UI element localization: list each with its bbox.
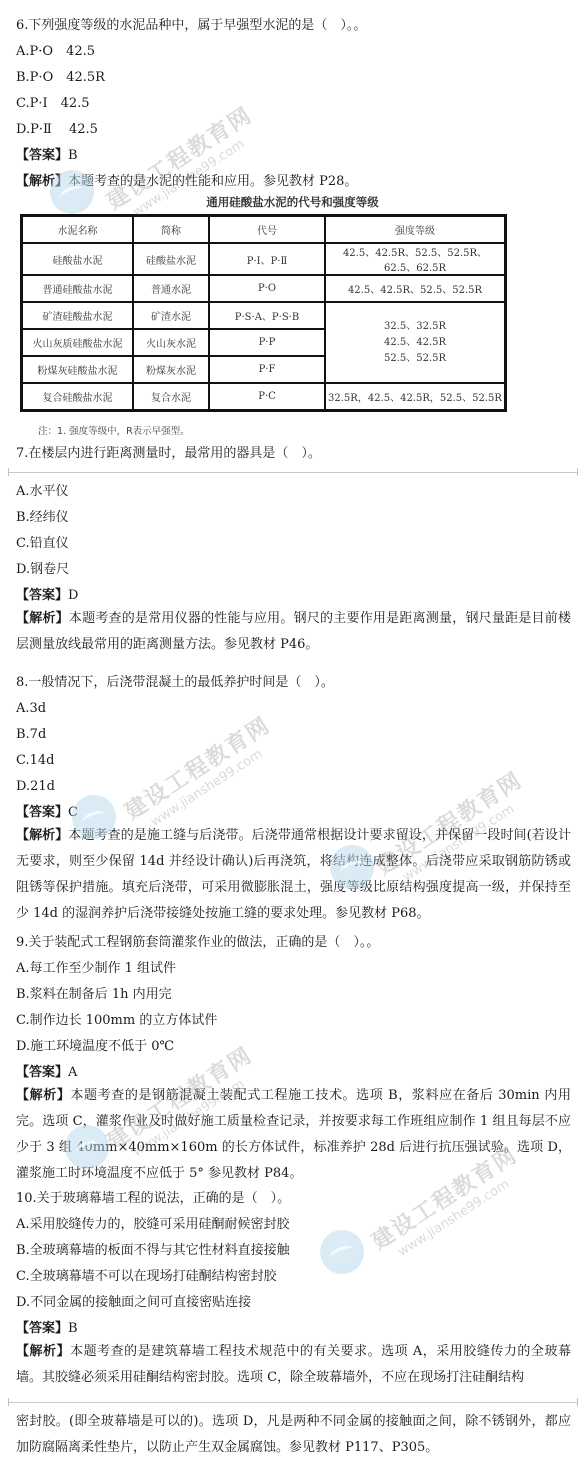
- table-cell: P·S·A、P·S·B: [209, 302, 325, 329]
- table-row: 复合硅酸盐水泥 复合水泥 P·C 32.5R，42.5、42.5R，52.5、5…: [22, 383, 506, 411]
- answer-value: A: [68, 1065, 77, 1080]
- analysis-tag: 【解析】: [16, 828, 68, 843]
- table-cell: P·F: [209, 356, 325, 383]
- question-7-answer: 【答案】D: [16, 587, 78, 605]
- table-cell: P·Ⅰ、P·Ⅱ: [209, 243, 325, 275]
- table-cell: 粉煤灰硅酸盐水泥: [22, 356, 134, 383]
- analysis-tag: 【解析】: [16, 174, 68, 189]
- question-9-answer: 【答案】A: [16, 1064, 77, 1082]
- table-header: 代号: [209, 216, 325, 244]
- page-separator: [8, 1402, 578, 1403]
- answer-value: B: [68, 148, 78, 163]
- grade-line: 32.5、32.5R: [328, 319, 502, 335]
- watermark-logo-icon: [320, 1230, 364, 1274]
- question-6-option-c: C.P·Ⅰ 42.5: [16, 95, 90, 113]
- table-header: 水泥名称: [22, 216, 134, 244]
- question-9-stem: 9.关于装配式工程钢筋套筒灌浆作业的做法，正确的是（ ）。。: [16, 934, 379, 952]
- analysis-text: 本题考查的是钢筋混凝土装配式工程施工技术。选项 B，浆料应在备后 30min 内…: [16, 1088, 571, 1181]
- table-header: 强度等级: [325, 216, 506, 244]
- answer-tag: 【答案】: [16, 805, 68, 820]
- question-9-analysis: 【解析】本题考查的是钢筋混凝土装配式工程施工技术。选项 B，浆料应在备后 30m…: [16, 1083, 571, 1187]
- document-page: 6.下列强度等级的水泥品种中，属于早强型水泥的是（ ）。。 A.P·O 42.5…: [0, 0, 585, 1473]
- table-cell: 火山灰水泥: [133, 329, 209, 356]
- answer-tag: 【答案】: [16, 588, 68, 603]
- table-cell: P·C: [209, 383, 325, 411]
- table-cell: 42.5、42.5R、52.5、52.5R: [325, 275, 506, 302]
- question-7-option-c: C.铅直仪: [16, 535, 69, 553]
- question-8-option-c: C.14d: [16, 752, 54, 770]
- question-6-option-b: B.P·O 42.5R: [16, 69, 105, 87]
- table-cell: 火山灰质硅酸盐水泥: [22, 329, 134, 356]
- question-7-option-d: D.钢卷尺: [16, 561, 69, 579]
- table-cell: P·O: [209, 275, 325, 302]
- table-cell: 复合硅酸盐水泥: [22, 383, 134, 411]
- answer-tag: 【答案】: [16, 148, 68, 163]
- table-header-row: 水泥名称 简称 代号 强度等级: [22, 216, 506, 244]
- analysis-text: 本题考查的是常用仪器的性能与应用。钢尺的主要作用是距离测量，钢尺量距是目前楼层测…: [16, 611, 571, 652]
- watermark-text: 建设工程教育网: [118, 708, 276, 826]
- table-row: 普通硅酸盐水泥 普通水泥 P·O 42.5、42.5R、52.5、52.5R: [22, 275, 506, 302]
- question-7-analysis: 【解析】本题考查的是常用仪器的性能与应用。钢尺的主要作用是距离测量，钢尺量距是目…: [16, 606, 571, 658]
- table-header: 简称: [133, 216, 209, 244]
- table-cell: 硅酸盐水泥: [22, 243, 134, 275]
- question-10-option-a: A.采用胶缝传力的，胶缝可采用硅酮耐候密封胶: [16, 1216, 290, 1234]
- question-10-option-c: C.全玻璃幕墙不可以在现场打硅酮结构密封胶: [16, 1268, 277, 1286]
- watermark: 建设工程教育网 www.jianshe99.com: [118, 708, 284, 838]
- question-6-option-a: A.P·O 42.5: [16, 43, 95, 61]
- table-cell: 普通水泥: [133, 275, 209, 302]
- table-cell: P·P: [209, 329, 325, 356]
- analysis-tag: 【解析】: [16, 611, 69, 626]
- question-10-analysis-part1: 【解析】本题考查的是建筑幕墙工程技术规范中的有关要求。选项 A，采用胶缝传力的全…: [16, 1339, 571, 1391]
- question-6-answer: 【答案】B: [16, 147, 78, 165]
- question-9-option-c: C.制作边长 100mm 的立方体试件: [16, 1012, 217, 1030]
- answer-value: B: [68, 1321, 78, 1336]
- table-title: 通用硅酸盐水泥的代号和强度等级: [0, 194, 585, 210]
- table-row: 矿渣硅酸盐水泥 矿渣水泥 P·S·A、P·S·B 32.5、32.5R 42.5…: [22, 302, 506, 329]
- table-cell: 硅酸盐水泥: [133, 243, 209, 275]
- grade-line: 42.5、42.5R: [328, 335, 502, 351]
- analysis-tag: 【解析】: [16, 1344, 70, 1359]
- table-cell: 粉煤灰水泥: [133, 356, 209, 383]
- question-8-analysis: 【解析】本题考查的是施工缝与后浇带。后浇带通常根据设计要求留设，并保留一段时间(…: [16, 823, 571, 927]
- table-note: 注：1. 强度等级中，R表示早强型。: [38, 423, 190, 437]
- answer-value: D: [68, 588, 78, 603]
- question-6-stem: 6.下列强度等级的水泥品种中，属于早强型水泥的是（ ）。。: [16, 17, 366, 35]
- question-10-stem: 10.关于玻璃幕墙工程的说法，正确的是（ ）。: [16, 1190, 290, 1208]
- table-cell: 矿渣水泥: [133, 302, 209, 329]
- analysis-text: 本题考查的是施工缝与后浇带。后浇带通常根据设计要求留设，并保留一段时间(若设计无…: [16, 828, 571, 921]
- table-cell: 32.5R，42.5、42.5R，52.5、52.5R: [325, 383, 506, 411]
- analysis-text: 本题考查的是水泥的性能和应用。参见教材 P28。: [68, 174, 357, 189]
- table-cell-merged-grade: 32.5、32.5R 42.5、42.5R 52.5、52.5R: [325, 302, 506, 383]
- question-9-option-b: B.浆料在制备后 1h 内用完: [16, 986, 172, 1004]
- table-cell: 复合水泥: [133, 383, 209, 411]
- question-6-analysis: 【解析】本题考查的是水泥的性能和应用。参见教材 P28。: [16, 173, 357, 191]
- question-8-option-a: A.3d: [16, 700, 46, 718]
- question-10-option-d: D.不同金属的接触面之间可直接密贴连接: [16, 1294, 251, 1312]
- answer-tag: 【答案】: [16, 1321, 68, 1336]
- answer-tag: 【答案】: [16, 1065, 68, 1080]
- question-8-answer: 【答案】C: [16, 804, 78, 822]
- table-cell: 42.5、42.5R、52.5、52.5R、62.5、62.5R: [325, 243, 506, 275]
- question-7-stem: 7.在楼层内进行距离测量时，最常用的器具是（ ）。: [16, 445, 321, 463]
- question-6-option-d: D.P·Ⅱ 42.5: [16, 121, 98, 139]
- answer-value: C: [68, 805, 78, 820]
- question-9-option-a: A.每工作至少制作 1 组试件: [16, 960, 176, 978]
- cement-grade-table: 水泥名称 简称 代号 强度等级 硅酸盐水泥 硅酸盐水泥 P·Ⅰ、P·Ⅱ 42.5…: [20, 214, 507, 412]
- question-7-option-a: A.水平仪: [16, 483, 69, 501]
- question-10-analysis-part2: 密封胶。(即全玻幕墙是可以的)。选项 D，凡是两种不同金属的接触面之间，除不锈钢…: [16, 1409, 571, 1461]
- question-8-stem: 8.一般情况下，后浇带混凝土的最低养护时间是（ ）。: [16, 674, 334, 692]
- question-8-option-d: D.21d: [16, 778, 55, 796]
- analysis-text: 本题考查的是建筑幕墙工程技术规范中的有关要求。选项 A，采用胶缝传力的全玻幕墙。…: [16, 1344, 571, 1385]
- analysis-tag: 【解析】: [16, 1088, 70, 1103]
- table-cell: 普通硅酸盐水泥: [22, 275, 134, 302]
- table-row: 硅酸盐水泥 硅酸盐水泥 P·Ⅰ、P·Ⅱ 42.5、42.5R、52.5、52.5…: [22, 243, 506, 275]
- question-8-option-b: B.7d: [16, 726, 46, 744]
- page-separator: [8, 472, 578, 473]
- table-cell: 矿渣硅酸盐水泥: [22, 302, 134, 329]
- question-10-option-b: B.全玻璃幕墙的板面不得与其它性材料直接接触: [16, 1242, 290, 1260]
- question-9-option-d: D.施工环境温度不低于 0℃: [16, 1038, 174, 1056]
- watermark-url: www.jianshe99.com: [148, 734, 284, 829]
- question-7-option-b: B.经纬仪: [16, 509, 69, 527]
- grade-line: 52.5、52.5R: [328, 351, 502, 367]
- question-10-answer: 【答案】B: [16, 1320, 78, 1338]
